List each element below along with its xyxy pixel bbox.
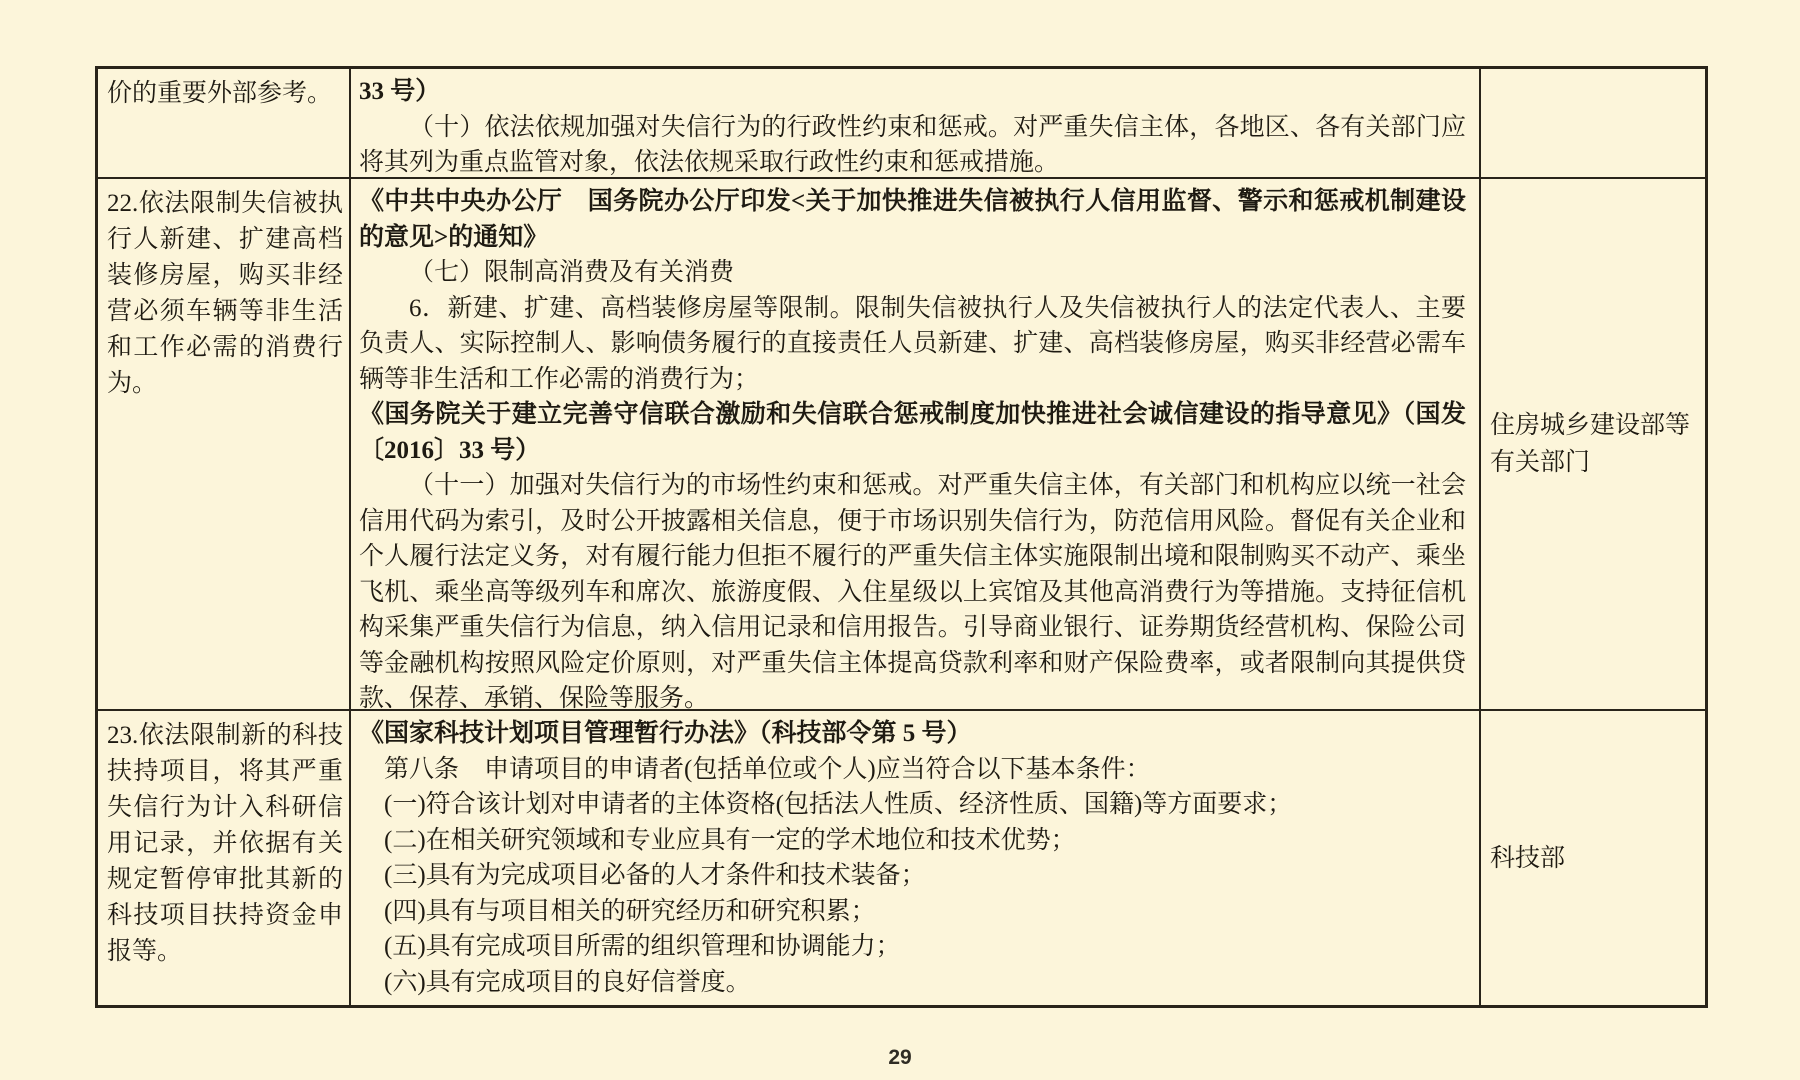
- legal-document-title: 《国家科技计划项目管理暂行办法》（科技部令第 5 号）: [359, 716, 1466, 752]
- legal-paragraph: (四)具有与项目相关的研究经历和研究积累；: [359, 894, 1466, 930]
- page-number: 29: [0, 1046, 1800, 1070]
- measure-cell: 23.依法限制新的科技扶持项目，将其严重失信行为计入科研信用记录，并依据有关规定…: [98, 711, 351, 1005]
- credit-punishment-measures-table: 价的重要外部参考。 33 号） （十）依法依规加强对失信行为的行政性约束和惩戒。…: [95, 66, 1708, 1008]
- measure-text: 22.依法限制失信被执行人新建、扩建高档装修房屋，购买非经营必须车辆等非生活和工…: [107, 186, 343, 402]
- legal-title-tail: 33 号）: [359, 74, 1466, 110]
- legal-paragraph: （七）限制高消费及有关消费: [359, 255, 1466, 291]
- legal-paragraph: 第八条 申请项目的申请者(包括单位或个人)应当符合以下基本条件：: [359, 752, 1466, 788]
- legal-paragraph: (六)具有完成项目的良好信誉度。: [359, 965, 1466, 1001]
- table-row-22: 22.依法限制失信被执行人新建、扩建高档装修房屋，购买非经营必须车辆等非生活和工…: [98, 179, 1705, 711]
- legal-paragraph: （十）依法依规加强对失信行为的行政性约束和惩戒。对严重失信主体，各地区、各有关部…: [359, 110, 1466, 178]
- document-page: 价的重要外部参考。 33 号） （十）依法依规加强对失信行为的行政性约束和惩戒。…: [0, 0, 1800, 1080]
- table-row-23: 23.依法限制新的科技扶持项目，将其严重失信行为计入科研信用记录，并依据有关规定…: [98, 711, 1705, 1005]
- table-row-continued: 价的重要外部参考。 33 号） （十）依法依规加强对失信行为的行政性约束和惩戒。…: [98, 69, 1705, 179]
- legal-paragraph: （十一）加强对失信行为的市场性约束和惩戒。对严重失信主体，有关部门和机构应以统一…: [359, 468, 1466, 709]
- department-cell: [1481, 69, 1705, 177]
- legal-basis-cell: 《国家科技计划项目管理暂行办法》（科技部令第 5 号） 第八条 申请项目的申请者…: [351, 711, 1481, 1005]
- department-text: 科技部: [1490, 840, 1703, 877]
- legal-document-title: 《国务院关于建立完善守信联合激励和失信联合惩戒制度加快推进社会诚信建设的指导意见…: [359, 397, 1466, 468]
- legal-basis-cell: 33 号） （十）依法依规加强对失信行为的行政性约束和惩戒。对严重失信主体，各地…: [351, 69, 1481, 177]
- department-cell: 住房城乡建设部等有关部门: [1481, 179, 1705, 709]
- measure-cell: 价的重要外部参考。: [98, 69, 351, 177]
- legal-paragraph: (二)在相关研究领域和专业应具有一定的学术地位和技术优势；: [359, 823, 1466, 859]
- legal-paragraph: 6．新建、扩建、高档装修房屋等限制。限制失信被执行人及失信被执行人的法定代表人、…: [359, 291, 1466, 398]
- legal-basis-cell: 《中共中央办公厅 国务院办公厅印发<关于加快推进失信被执行人信用监督、警示和惩戒…: [351, 179, 1481, 709]
- measure-cell: 22.依法限制失信被执行人新建、扩建高档装修房屋，购买非经营必须车辆等非生活和工…: [98, 179, 351, 709]
- measure-text: 23.依法限制新的科技扶持项目，将其严重失信行为计入科研信用记录，并依据有关规定…: [107, 718, 343, 970]
- legal-paragraph: (五)具有完成项目所需的组织管理和协调能力；: [359, 929, 1466, 965]
- legal-document-title: 《中共中央办公厅 国务院办公厅印发<关于加快推进失信被执行人信用监督、警示和惩戒…: [359, 184, 1466, 255]
- department-cell: 科技部: [1481, 711, 1705, 1005]
- legal-paragraph: (一)符合该计划对申请者的主体资格(包括法人性质、经济性质、国籍)等方面要求；: [359, 787, 1466, 823]
- legal-paragraph: (三)具有为完成项目必备的人才条件和技术装备；: [359, 858, 1466, 894]
- measure-text: 价的重要外部参考。: [107, 76, 343, 112]
- department-text: 住房城乡建设部等有关部门: [1490, 407, 1703, 481]
